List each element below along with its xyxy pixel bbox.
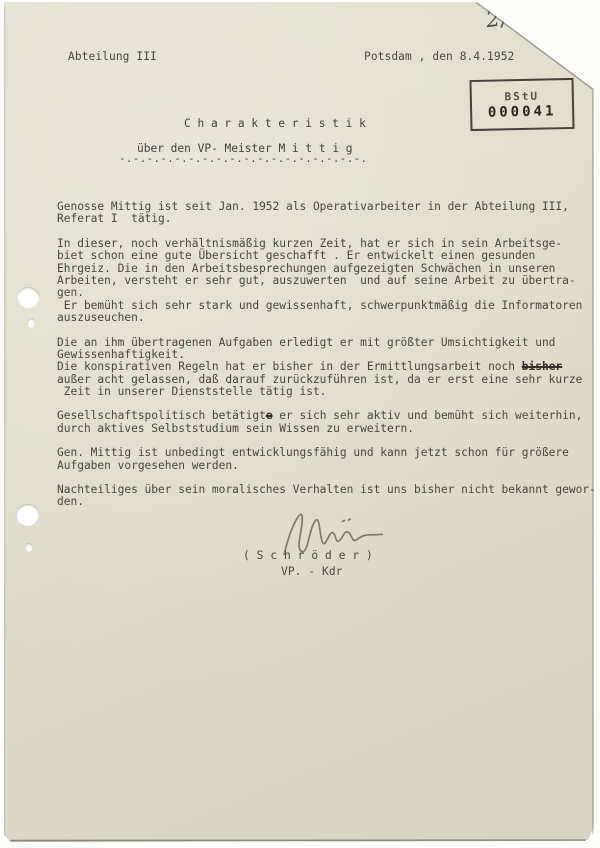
text-segment: Nachteiliges über sein moralisches Verha… — [57, 483, 596, 496]
text-segment: Referat I tätig. — [57, 212, 172, 225]
text-segment: Er bemüht sich sehr stark und gewissenha… — [57, 299, 582, 312]
bstu-archive-stamp: BStU 000041 — [469, 78, 574, 131]
text-segment: Die an ihm übertragenen Aufgaben erledig… — [57, 336, 555, 349]
paragraph: Gen. Mittig ist unbedingt entwicklungsfä… — [57, 447, 597, 472]
document-line: durch aktives Selbststudium sein Wissen … — [57, 423, 597, 435]
stamp-page-number: 000041 — [488, 103, 557, 120]
document-line: Zeit in unserer Dienststelle tätig ist. — [57, 386, 597, 398]
text-segment: Arbeiten, versteht er sehr gut, auszuwer… — [57, 274, 576, 287]
text-segment: biet schon eine gute Übersicht geschafft… — [57, 249, 535, 262]
text-segment: durch aktives Selbststudium sein Wissen … — [57, 422, 414, 435]
department-label: Abteilung III — [68, 50, 157, 63]
text-segment: Gen. Mittig ist unbedingt entwicklungsfä… — [57, 446, 569, 459]
text-segment: Genosse Mittig ist seit Jan. 1952 als Op… — [57, 200, 569, 213]
text-segment: In dieser, noch verhältnismäßig kurzen Z… — [57, 237, 562, 250]
document-line: Referat I tätig. — [57, 213, 597, 225]
paragraph: Gesellschaftspolitisch betätigte er sich… — [57, 410, 597, 435]
paragraph: Die an ihm übertragenen Aufgaben erledig… — [57, 337, 597, 399]
typed-signer-role: VP. - Kdr — [281, 565, 343, 578]
text-segment: Ehrgeiz. Die in den Arbeitsbesprechungen… — [57, 262, 555, 275]
punch-hole — [15, 503, 41, 528]
document-line: Nachteiliges über sein moralisches Verha… — [57, 484, 597, 496]
text-segment: auszuseuchen. — [57, 311, 145, 324]
text-segment: Die konspirativen Regeln hat er bisher i… — [57, 360, 522, 373]
text-segment: Gesellschaftspolitisch betätigt — [57, 409, 266, 422]
document-line: Arbeiten, versteht er sehr gut, auszuwer… — [57, 275, 597, 287]
text-segment: Gewissenhaftigkeit. — [57, 348, 185, 361]
text-segment: den. — [57, 495, 84, 508]
struck-text: bisher — [522, 360, 562, 373]
text-segment: außer acht gelassen, daß darauf zurückzu… — [57, 373, 582, 386]
punch-hole — [27, 318, 36, 328]
document-title: C h a r a k t e r i s t i k — [184, 117, 366, 130]
punch-hole — [25, 543, 33, 552]
typed-signer-name: ( S c h r ö d e r ) — [243, 549, 373, 562]
text-segment: er sich sehr aktiv und bemüht sich weite… — [273, 409, 583, 422]
subtitle-underline: -.-.-.-.-.-.-.-.-.-.-.-.-.-.-.-.-.-. — [119, 152, 367, 165]
struck-text: e — [266, 409, 273, 422]
paragraph: Genosse Mittig ist seit Jan. 1952 als Op… — [57, 201, 597, 226]
document-body: Genosse Mittig ist seit Jan. 1952 als Op… — [57, 201, 597, 521]
document-line: Aufgaben vorgesehen werden. — [57, 460, 597, 472]
document-page: 2/6 Abteilung III Potsdam , den 8.4.1952… — [0, 0, 600, 848]
document-line: auszuseuchen. — [57, 312, 597, 324]
handwritten-page-number: 2/6 — [485, 4, 526, 33]
punch-hole — [15, 285, 42, 311]
text-segment: Zeit in unserer Dienststelle tätig ist. — [57, 385, 326, 398]
text-segment: gen. — [57, 286, 84, 299]
place-date-line: Potsdam , den 8.4.1952 — [364, 50, 514, 63]
text-segment: Aufgaben vorgesehen werden. — [57, 459, 239, 472]
paragraph: In dieser, noch verhältnismäßig kurzen Z… — [57, 238, 597, 325]
scanned-document: 2/6 Abteilung III Potsdam , den 8.4.1952… — [0, 0, 600, 848]
stamp-agency-label: BStU — [504, 89, 539, 103]
